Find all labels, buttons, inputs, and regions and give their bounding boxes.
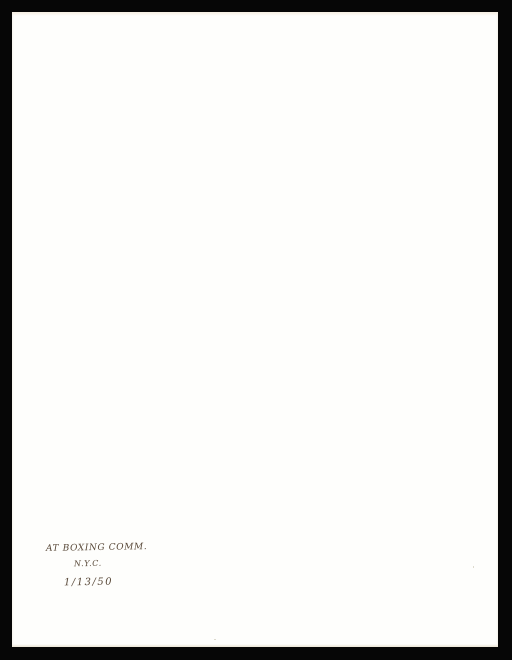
paper-sheet: AT BOXING COMM. N.Y.C. 1/13/50 (12, 12, 498, 647)
paper-speck (473, 566, 474, 568)
annotation-location: AT BOXING COMM. (46, 543, 147, 554)
paper-speck (214, 639, 216, 640)
paper-top-edge (12, 12, 498, 16)
scan-background: AT BOXING COMM. N.Y.C. 1/13/50 (0, 0, 512, 660)
paper-bottom-edge (12, 644, 498, 647)
annotation-city: N.Y.C. (74, 560, 102, 568)
annotation-date: 1/13/50 (64, 578, 113, 589)
